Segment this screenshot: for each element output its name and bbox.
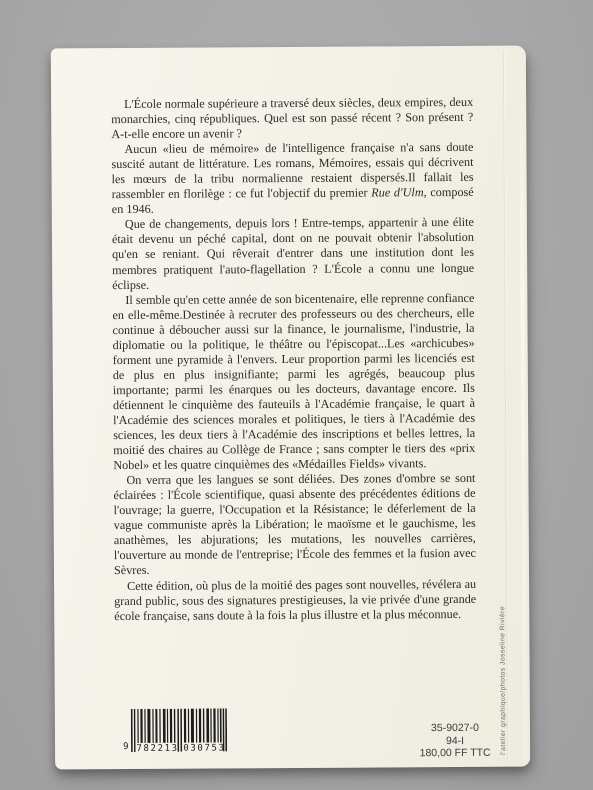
paragraph-2: Aucun «lieu de mémoire» de l'intelligenc… xyxy=(111,140,473,217)
barcode-first-digit: 9 xyxy=(123,742,128,752)
barcode-digits-right: 030753 xyxy=(183,743,225,753)
book-title-italic: Rue d'Ulm xyxy=(371,185,423,199)
barcode-digits: 782213 030753 xyxy=(136,743,225,754)
paragraph-6: Cette édition, où plus de la moitié des … xyxy=(114,576,476,623)
paragraph-1: L'École normale supérieure a traversé de… xyxy=(111,95,473,142)
barcode-digits-left: 782213 xyxy=(136,744,178,754)
photo-credit: l'atelier graphique/photos Josseline Riv… xyxy=(499,606,507,755)
paragraph-4: Il semble qu'en cette année de son bicen… xyxy=(112,290,475,473)
barcode-symbol: 782213 030753 xyxy=(131,708,227,752)
book-back-cover: L'École normale supérieure a traversé de… xyxy=(51,46,530,770)
back-cover-blurb: L'École normale supérieure a traversé de… xyxy=(111,95,476,624)
paragraph-3: Que de changements, depuis lors ! Entre-… xyxy=(112,215,474,292)
ean-barcode: 9 xyxy=(123,708,228,752)
paragraph-5: On verra que les langues se sont déliées… xyxy=(113,471,476,579)
